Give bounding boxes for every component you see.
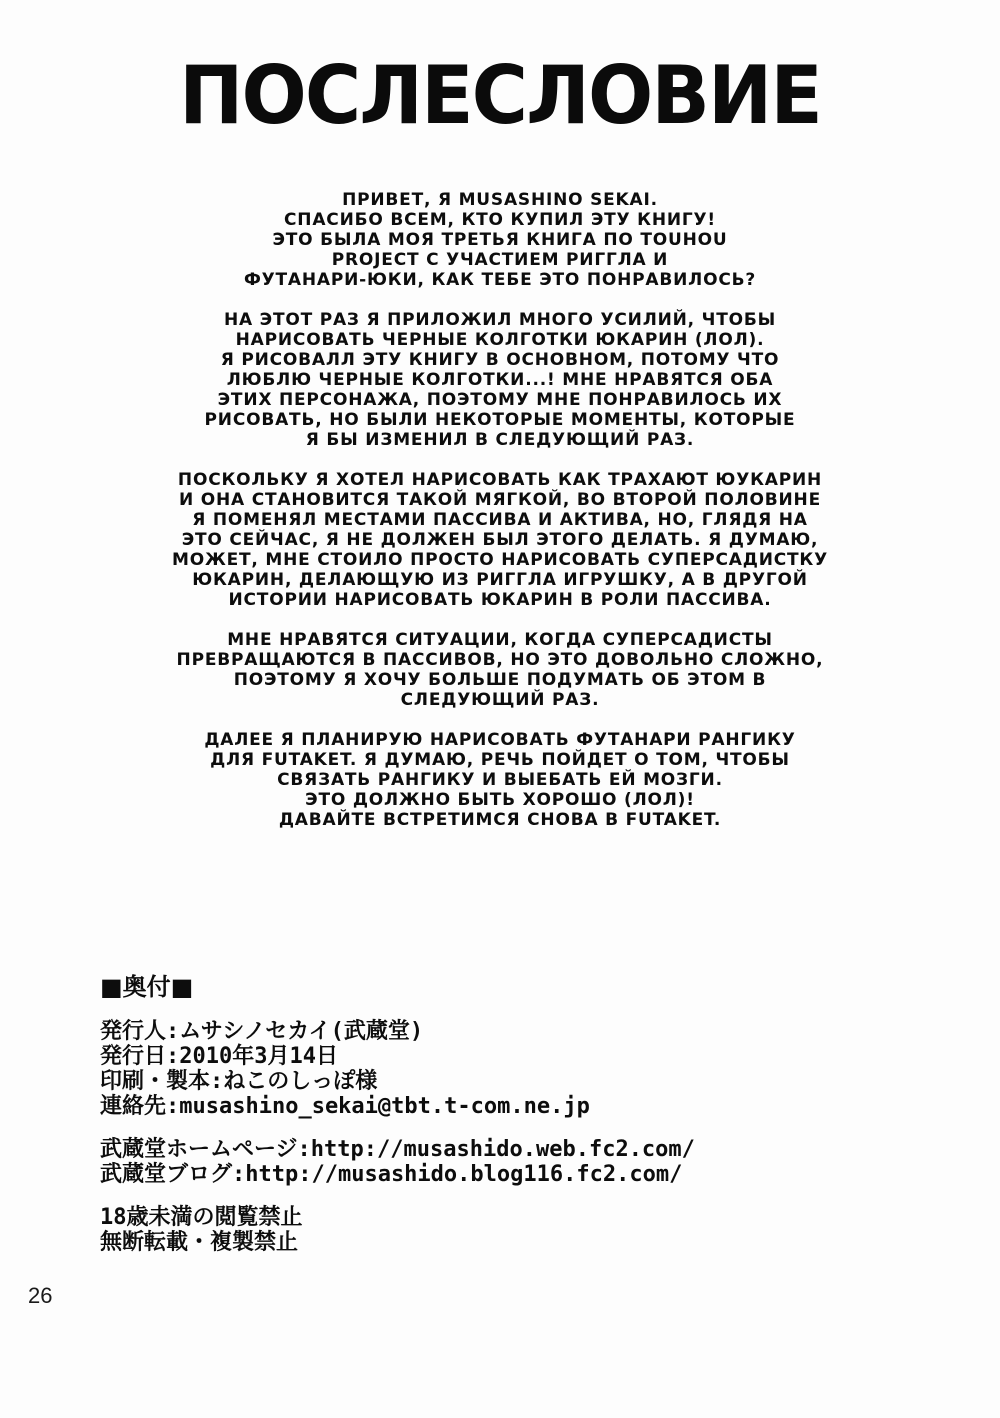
colophon-blog-url-line: 武蔵堂ブログ:http://musashido.blog116.fc2.com/ (100, 1162, 960, 1187)
colophon-no-reproduction-notice: 無断転載・複製禁止 (100, 1230, 960, 1255)
colophon-homepage-url-line: 武蔵堂ホームページ:http://musashido.web.fc2.com/ (100, 1137, 960, 1162)
page-title: ПОСЛЕСЛОВИЕ (20, 0, 980, 136)
afterword-paragraph-2: НА ЭТОТ РАЗ Я ПРИЛОЖИЛ МНОГО УСИЛИЙ, ЧТО… (120, 310, 880, 450)
afterword-text: ПРИВЕТ, Я MUSASHINO SEKAI. СПАСИБО ВСЕМ,… (120, 190, 880, 830)
colophon-links: 武蔵堂ホームページ:http://musashido.web.fc2.com/ … (100, 1137, 960, 1187)
afterword-paragraph-1: ПРИВЕТ, Я MUSASHINO SEKAI. СПАСИБО ВСЕМ,… (120, 190, 880, 290)
afterword-paragraph-5: ДАЛЕЕ Я ПЛАНИРУЮ НАРИСОВАТЬ ФУТАНАРИ РАН… (120, 730, 880, 830)
colophon-age-restriction-notice: 18歳未満の閲覧禁止 (100, 1205, 960, 1230)
colophon-notices: 18歳未満の閲覧禁止 無断転載・複製禁止 (100, 1205, 960, 1255)
afterword-paragraph-4: МНЕ НРАВЯТСЯ СИТУАЦИИ, КОГДА СУПЕРСАДИСТ… (120, 630, 880, 710)
colophon: ■奥付■ 発行人:ムサシノセカイ(武蔵堂) 発行日:2010年3月14日 印刷・… (100, 972, 960, 1273)
colophon-contact-email-line: 連絡先:musashino_sekai@tbt.t-com.ne.jp (100, 1094, 960, 1119)
page-number: 26 (28, 1283, 52, 1309)
colophon-publisher-line: 発行人:ムサシノセカイ(武蔵堂) (100, 1019, 960, 1044)
colophon-publication-date-line: 発行日:2010年3月14日 (100, 1044, 960, 1069)
colophon-printing-line: 印刷・製本:ねこのしっぽ様 (100, 1069, 960, 1094)
colophon-header: ■奥付■ (100, 972, 960, 1002)
scanned-document-page: ПОСЛЕСЛОВИЕ ПРИВЕТ, Я MUSASHINO SEKAI. С… (0, 0, 1000, 1418)
afterword-paragraph-3: ПОСКОЛЬКУ Я ХОТЕЛ НАРИСОВАТЬ КАК ТРАХАЮТ… (120, 470, 880, 610)
colophon-publication-info: 発行人:ムサシノセカイ(武蔵堂) 発行日:2010年3月14日 印刷・製本:ねこ… (100, 1019, 960, 1119)
